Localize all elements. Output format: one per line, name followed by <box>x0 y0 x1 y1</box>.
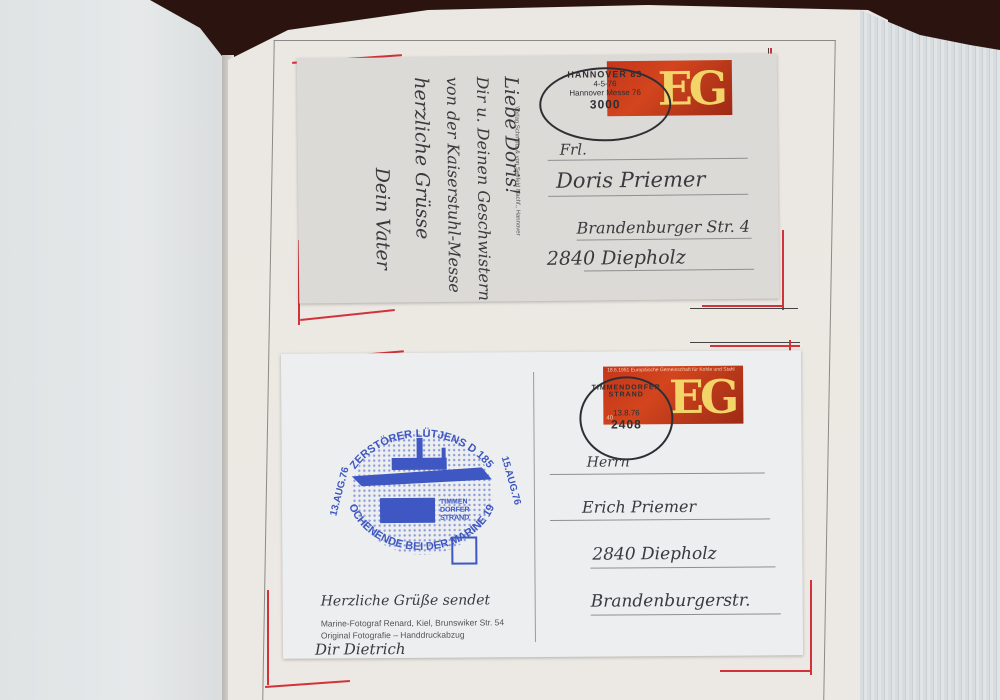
address-line <box>591 613 781 615</box>
address-street: Brandenburger Str. 4 <box>576 217 750 238</box>
handwritten-greeting: Liebe Doris! Dir u. Deinen Geschwistern … <box>317 66 539 288</box>
address-line <box>550 472 765 475</box>
greeting-line: von der Kaiserstuhl-Messe <box>443 77 464 293</box>
greeting-line: herzliche Grüsse <box>410 77 434 239</box>
album-left-page <box>0 0 232 700</box>
address-city: 2840 Diepholz <box>547 246 686 269</box>
greeting-line: Dir u. Deinen Geschwistern <box>473 76 494 301</box>
address-street: Brandenburgerstr. <box>591 591 751 612</box>
cachet-place: TIMMEN <box>440 499 468 506</box>
address-line <box>548 194 748 197</box>
address-line <box>577 238 752 241</box>
naval-cachet: ZERSTÖRER LÜTJENS D 185 WOCHENENDE BEI D… <box>321 397 522 573</box>
address-salutation: Herrn <box>587 454 630 470</box>
postcard-top: Liebe Doris! Dir u. Deinen Geschwistern … <box>297 53 780 303</box>
postmark-code: 2408 <box>581 417 671 432</box>
greeting-signature: Dein Vater <box>371 168 394 270</box>
address-name: Doris Priemer <box>556 167 706 193</box>
page-edges <box>860 10 1000 700</box>
printed-credit: Original Fotografie – Handdruckabzug <box>321 630 465 641</box>
postmark: TIMMENDORFER STRAND 13.8.76 2408 <box>579 376 674 461</box>
postmark-code: 3000 <box>541 97 669 112</box>
address-line <box>550 518 770 521</box>
printed-credit: Marine-Fotograf Renard, Kiel, Brunswiker… <box>321 617 504 628</box>
postcard-bottom: ZERSTÖRER LÜTJENS D 185 WOCHENENDE BEI D… <box>281 350 803 659</box>
card-divider <box>533 372 536 642</box>
cachet-right-date: 15.AUG.76 <box>499 455 523 507</box>
signature: Dir Dietrich <box>315 640 406 659</box>
cachet-place: STRAND <box>440 515 469 522</box>
greeting-text: Herzliche Grüße sendet <box>321 592 491 609</box>
address-salutation: Frl. <box>560 140 587 158</box>
cachet-place: DORFER <box>440 507 470 514</box>
address-name: Erich Priemer <box>582 497 696 517</box>
stamp-ec-text: EG <box>669 372 736 422</box>
address-city: 2840 Diepholz <box>592 544 716 565</box>
album-photo: Liebe Doris! Dir u. Deinen Geschwistern … <box>0 0 1000 700</box>
postmark-city: TIMMENDORFER STRAND <box>581 384 671 399</box>
address-line <box>590 566 775 568</box>
postmark: HANNOVER 83 4-5-76 Hannover Messe 76 300… <box>539 67 672 142</box>
